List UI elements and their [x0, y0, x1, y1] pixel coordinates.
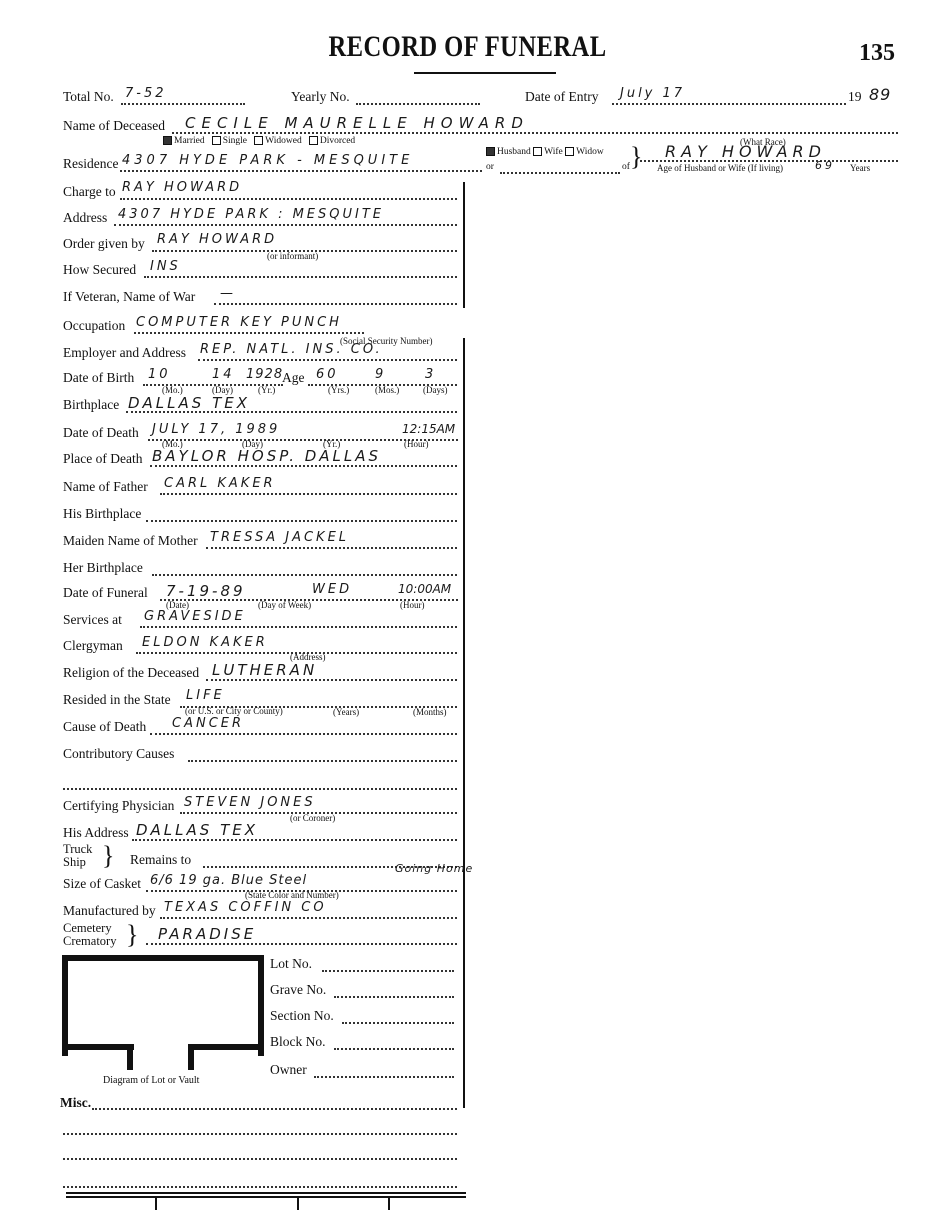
- block-no-label: Block No.: [270, 1034, 326, 1050]
- religion-label: Religion of the Deceased: [63, 665, 199, 681]
- misc-line-3[interactable]: [63, 1158, 457, 1160]
- or-informant-label: (or informant): [267, 251, 318, 261]
- owner-line[interactable]: [314, 1076, 454, 1078]
- funeral-day-value[interactable]: WED: [312, 582, 352, 597]
- dob-year[interactable]: 1928: [246, 367, 283, 382]
- bottom-tick: [155, 1196, 157, 1210]
- misc-line-1[interactable]: [92, 1108, 457, 1110]
- cause-of-death-line: [150, 733, 457, 735]
- checkbox-widow[interactable]: Widow: [565, 147, 604, 157]
- of-label: of: [622, 162, 630, 172]
- residence-value[interactable]: 4307 HYDE PARK - MESQUITE: [122, 153, 413, 168]
- checkbox-icon: [212, 136, 221, 145]
- services-at-value[interactable]: GRAVESIDE: [144, 609, 246, 624]
- bottom-tick: [388, 1196, 390, 1210]
- checkbox-married[interactable]: Married: [163, 136, 205, 146]
- brace-icon: }: [102, 843, 114, 869]
- charge-to-line: [120, 198, 457, 200]
- clergyman-value[interactable]: ELDON KAKER: [142, 635, 268, 650]
- address-label: Address: [63, 210, 107, 226]
- cemetery-value[interactable]: PARADISE: [158, 925, 256, 943]
- birthplace-value[interactable]: DALLAS TEX: [128, 394, 250, 412]
- dob-day[interactable]: 14: [212, 367, 235, 382]
- checkbox-single[interactable]: Single: [212, 136, 247, 146]
- address-value[interactable]: 4307 HYDE PARK : MESQUITE: [118, 207, 384, 222]
- how-secured-line: [144, 276, 457, 278]
- bottom-tick: [297, 1196, 299, 1210]
- checkbox-icon: [309, 136, 318, 145]
- clergyman-label: Clergyman: [63, 638, 123, 654]
- name-of-deceased-value[interactable]: CECILE MAURELLE HOWARD: [185, 114, 529, 132]
- manufactured-line: [160, 917, 457, 919]
- manufactured-label: Manufactured by: [63, 903, 156, 919]
- funeral-sub-hour: (Hour): [400, 600, 425, 610]
- or-coroner-label: (or Coroner): [290, 813, 335, 823]
- manufactured-value[interactable]: TEXAS COFFIN CO: [164, 900, 327, 915]
- his-address-label: His Address: [63, 825, 129, 841]
- order-given-by-label: Order given by: [63, 236, 145, 252]
- mother-label: Maiden Name of Mother: [63, 533, 198, 549]
- grave-no-label: Grave No.: [270, 982, 326, 998]
- charge-to-value[interactable]: RAY HOWARD: [122, 180, 242, 195]
- funeral-sub-dow: (Day of Week): [258, 600, 311, 610]
- resided-label: Resided in the State: [63, 692, 171, 708]
- age-sub-days: (Days): [423, 385, 448, 395]
- father-value[interactable]: CARL KAKER: [164, 476, 276, 491]
- checkbox-checked-icon: [486, 147, 495, 156]
- misc-label: Misc.: [60, 1095, 91, 1111]
- bottom-rule: [66, 1192, 466, 1194]
- his-address-line: [132, 839, 457, 841]
- resided-sub-months: (Months): [413, 707, 447, 717]
- brace-icon: }: [630, 144, 642, 170]
- birthplace-label: Birthplace: [63, 397, 119, 413]
- casket-note-value[interactable]: Going Home: [395, 862, 473, 875]
- resided-value[interactable]: LIFE: [186, 688, 225, 703]
- name-of-deceased-line: [172, 132, 898, 134]
- or-label: or: [486, 162, 494, 172]
- section-no-line[interactable]: [342, 1022, 454, 1024]
- employer-label: Employer and Address: [63, 345, 186, 361]
- casket-sub-label: (State Color and Number): [245, 890, 339, 900]
- yearly-no-line[interactable]: [356, 103, 480, 105]
- checkbox-husband[interactable]: Husband: [486, 147, 531, 157]
- cemetery-line: [146, 943, 457, 945]
- dod-sub-hour: (Hour): [404, 439, 429, 449]
- funeral-date-value[interactable]: 7-19-89: [166, 582, 246, 600]
- year-value[interactable]: 89: [869, 85, 891, 104]
- page-title: RECORD OF FUNERAL: [84, 30, 851, 64]
- year-prefix: 19: [848, 89, 862, 105]
- marital-status-group: Married Single Widowed Divorced: [163, 136, 355, 146]
- remains-to-label: Remains to: [130, 852, 191, 868]
- total-no-value[interactable]: 7-52: [125, 86, 167, 101]
- his-birthplace-line[interactable]: [146, 520, 457, 522]
- veteran-value[interactable]: —: [220, 286, 236, 301]
- checkbox-icon: [533, 147, 542, 156]
- employer-line: [198, 359, 457, 361]
- mother-line: [206, 547, 457, 549]
- cause-of-death-label: Cause of Death: [63, 719, 146, 735]
- his-birthplace-label: His Birthplace: [63, 506, 141, 522]
- age-sub-yrs: (Yrs.): [328, 385, 349, 395]
- place-of-death-value[interactable]: BAYLOR HOSP. DALLAS: [152, 447, 381, 465]
- diagram-wall: [127, 1044, 133, 1070]
- occupation-value[interactable]: COMPUTER KEY PUNCH: [136, 315, 342, 330]
- religion-value[interactable]: LUTHERAN: [212, 661, 317, 679]
- religion-line: [206, 679, 457, 681]
- dob-month[interactable]: 10: [148, 367, 171, 382]
- spouse-name-value[interactable]: RAY HOWARD: [665, 142, 826, 161]
- date-of-birth-label: Date of Birth: [63, 370, 134, 386]
- block-no-line[interactable]: [334, 1048, 454, 1050]
- contributory-line-2[interactable]: [63, 788, 457, 790]
- diagram-wall: [62, 1044, 134, 1050]
- checkbox-checked-icon: [163, 136, 172, 145]
- spouse-type-group: Husband Wife Widow: [486, 147, 604, 157]
- misc-line-2[interactable]: [63, 1133, 457, 1135]
- checkbox-icon: [565, 147, 574, 156]
- father-line: [160, 493, 457, 495]
- owner-label: Owner: [270, 1062, 307, 1078]
- lot-diagram: [62, 955, 264, 1056]
- age-label: Age: [282, 370, 305, 386]
- diagram-caption: Diagram of Lot or Vault: [103, 1075, 199, 1086]
- checkbox-widowed[interactable]: Widowed: [254, 136, 302, 146]
- place-of-death-label: Place of Death: [63, 451, 142, 467]
- her-birthplace-line[interactable]: [152, 574, 457, 576]
- section-no-label: Section No.: [270, 1008, 334, 1024]
- total-no-line: [121, 103, 245, 105]
- contributory-label: Contributory Causes: [63, 746, 174, 762]
- charge-to-label: Charge to: [63, 184, 116, 200]
- or-line: [500, 172, 620, 174]
- order-given-by-value[interactable]: RAY HOWARD: [157, 232, 277, 247]
- contributory-line[interactable]: [188, 760, 457, 762]
- spouse-age-value[interactable]: 69: [815, 159, 835, 172]
- title-underline: [414, 72, 556, 74]
- crematory-label: Crematory: [63, 935, 116, 948]
- date-of-entry-label: Date of Entry: [525, 89, 598, 105]
- resided-sub-place: (or U.S. or City or County): [185, 706, 283, 716]
- father-label: Name of Father: [63, 479, 148, 495]
- services-at-line: [140, 626, 457, 628]
- how-secured-label: How Secured: [63, 262, 136, 278]
- bottom-rule: [66, 1196, 466, 1198]
- residence-label: Residence: [63, 156, 118, 172]
- his-address-value[interactable]: DALLAS TEX: [136, 821, 258, 839]
- date-of-entry-value[interactable]: July 17: [620, 86, 685, 101]
- occupation-line: [134, 332, 364, 334]
- mother-value[interactable]: TRESSA JACKEL: [210, 530, 349, 545]
- age-years[interactable]: 60: [316, 367, 339, 382]
- diagram-wall: [188, 1044, 194, 1070]
- casket-value[interactable]: 6/6 19 ga. Blue Steel: [150, 873, 307, 888]
- checkbox-wife[interactable]: Wife: [533, 147, 563, 157]
- funeral-hour-value[interactable]: 10:00AM: [398, 582, 451, 596]
- name-of-deceased-label: Name of Deceased: [63, 118, 165, 134]
- years-label: Years: [850, 163, 870, 173]
- checkbox-icon: [254, 136, 263, 145]
- funeral-date-label: Date of Funeral: [63, 585, 148, 601]
- ship-label: Ship: [63, 856, 86, 869]
- veteran-line: [214, 303, 457, 305]
- date-of-death-value[interactable]: JULY 17, 1989: [152, 422, 280, 437]
- time-of-death-value[interactable]: 12:15AM: [402, 422, 455, 436]
- misc-line-4[interactable]: [63, 1186, 457, 1188]
- lot-no-line[interactable]: [322, 970, 454, 972]
- total-no-label: Total No.: [63, 89, 114, 105]
- brace-icon: }: [126, 922, 138, 948]
- physician-value[interactable]: STEVEN JONES: [184, 795, 316, 810]
- column-divider: [463, 338, 465, 1108]
- yearly-no-label: Yearly No.: [291, 89, 350, 105]
- place-of-death-line: [150, 465, 457, 467]
- checkbox-divorced[interactable]: Divorced: [309, 136, 355, 146]
- residence-line: [120, 170, 482, 172]
- spouse-age-label: Age of Husband or Wife (If living): [657, 163, 783, 173]
- veteran-label: If Veteran, Name of War: [63, 289, 195, 305]
- her-birthplace-label: Her Birthplace: [63, 560, 143, 576]
- address-line: [114, 224, 457, 226]
- column-divider: [463, 182, 465, 308]
- occupation-label: Occupation: [63, 318, 125, 334]
- grave-no-line[interactable]: [334, 996, 454, 998]
- physician-label: Certifying Physician: [63, 798, 174, 814]
- age-sub-mos: (Mos.): [375, 385, 399, 395]
- employer-value[interactable]: REP. NATL. INS. CO.: [200, 342, 383, 357]
- date-of-death-label: Date of Death: [63, 425, 139, 441]
- casket-label: Size of Casket: [63, 876, 141, 892]
- age-days[interactable]: 3: [425, 367, 436, 382]
- how-secured-value[interactable]: INS: [150, 259, 181, 274]
- diagram-wall: [188, 1044, 258, 1050]
- lot-no-label: Lot No.: [270, 956, 312, 972]
- page-number: 135: [859, 40, 895, 67]
- dob-sub-yr: (Yr.): [258, 385, 275, 395]
- date-of-entry-line: [612, 103, 846, 105]
- services-at-label: Services at: [63, 612, 122, 628]
- resided-sub-years: (Years): [333, 707, 359, 717]
- cause-of-death-value[interactable]: CANCER: [172, 716, 244, 731]
- age-months[interactable]: 9: [375, 367, 386, 382]
